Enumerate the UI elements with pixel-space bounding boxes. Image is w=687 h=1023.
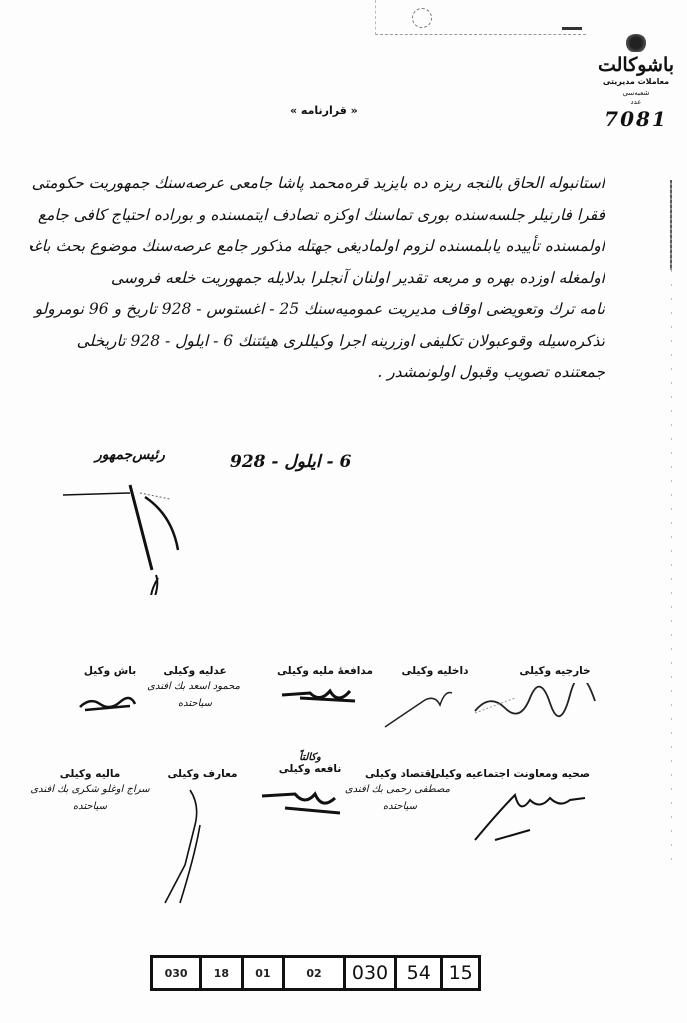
- letterhead-title: باشوكالت: [588, 54, 684, 76]
- minister-title: عدلیه وكیلی: [150, 665, 240, 677]
- minister-name: سراج اوغلو شكری بك افندی: [20, 784, 160, 795]
- minister-title: معارف وكیلی: [165, 768, 240, 780]
- body-line: استانبوله الحاق بالنجه ریزه ده بایزید قر…: [30, 168, 605, 200]
- minister-economy: اقتصاد وكیلی مصطفی رحمی بك افندی سیاحتده: [350, 768, 450, 812]
- minister-health: صحیه ومعاونت اجتماعیه وكیلی: [465, 768, 590, 780]
- archive-code: 030: [346, 958, 397, 988]
- archive-reference-strip: 030 18 01 02 030 54 15: [150, 955, 481, 991]
- decree-body: استانبوله الحاق بالنجه ریزه ده بایزید قر…: [30, 168, 605, 389]
- minister-title: مدافعهٔ ملیه وكیلی: [270, 665, 380, 677]
- body-line: تذكره‌سیله وقوعبولان تكلیفی اوزرینه اجرا…: [30, 326, 605, 358]
- document-number: 7081: [588, 107, 684, 131]
- minister-finance: مالیه وكیلی سراج اوغلو شكری بك افندی سیا…: [20, 768, 160, 812]
- president-signature-icon: [60, 475, 200, 595]
- president-label: رئیس‌جمهور: [95, 447, 165, 463]
- minister-title: اقتصاد وكیلی: [350, 768, 450, 780]
- archive-code: 01: [244, 958, 286, 988]
- number-label: عدد: [588, 98, 684, 107]
- minister-status: سیاحتده: [350, 801, 450, 812]
- archive-code: 18: [202, 958, 244, 988]
- letterhead: باشوكالت معاملات مدیریتی شعبه‌سی عدد 708…: [588, 34, 684, 131]
- deputy-note: وكالتاً: [270, 752, 350, 763]
- letterhead-subtitle: معاملات مدیریتی: [588, 76, 684, 88]
- foreign-minister-signature-icon: [470, 683, 600, 718]
- body-line: جمعتنده تصویب وقبول اولونمشدر .: [30, 357, 605, 389]
- archive-code: 15: [443, 958, 478, 988]
- education-minister-signature-icon: [155, 785, 215, 905]
- binding-edge: [670, 180, 672, 270]
- received-stamp: [375, 0, 586, 35]
- minister-title: نافعه وكیلی: [270, 763, 350, 775]
- archive-code: 54: [397, 958, 443, 988]
- minister-title: خارجیه وكیلی: [505, 665, 605, 677]
- public-works-minister-signature-icon: [260, 788, 345, 823]
- minister-name: مصطفی رحمی بك افندی: [350, 784, 450, 795]
- decree-date: 6 - ایلول - 928: [230, 452, 351, 472]
- minister-status: سیاحتده: [20, 801, 160, 812]
- minister-status: سیاحتده: [150, 698, 240, 709]
- minister-justice: عدلیه وكیلی محمود اسعد بك افندی سیاحتده: [150, 665, 240, 709]
- minister-name: محمود اسعد بك افندی: [150, 681, 240, 692]
- stamp-circle-icon: [412, 8, 432, 28]
- minister-title: داخلیه وكیلی: [395, 665, 475, 677]
- letterhead-department: شعبه‌سی: [588, 88, 684, 98]
- tughra-emblem-icon: [625, 34, 647, 52]
- minister-foreign-affairs: خارجیه وكیلی: [505, 665, 605, 677]
- interior-minister-signature-icon: [380, 685, 460, 730]
- minister-title: باش وكیل: [75, 665, 145, 677]
- body-line: فقرا فارنیلر جلسه‌سنده بوری تماسنك اوكزه…: [30, 200, 605, 232]
- defense-minister-signature-icon: [280, 683, 360, 713]
- prime-minister-signature-icon: [75, 692, 145, 717]
- archive-code: 02: [285, 958, 346, 988]
- minister-education: معارف وكیلی: [165, 768, 240, 780]
- minister-defense: مدافعهٔ ملیه وكیلی: [270, 665, 380, 677]
- archive-code: 030: [153, 958, 202, 988]
- document-page: باشوكالت معاملات مدیریتی شعبه‌سی عدد 708…: [0, 0, 687, 1023]
- body-line: اولمغله اوزده بهره و مربعه تقدیر اولنان …: [30, 263, 605, 295]
- health-minister-signature-icon: [470, 790, 590, 845]
- prime-minister: باش وكیل: [75, 665, 145, 677]
- body-line: نامه ترك وتعویضی اوقاف مدیریت عمومیه‌سنك…: [30, 294, 605, 326]
- minister-title: صحیه ومعاونت اجتماعیه وكیلی: [465, 768, 590, 780]
- stamp-mark: [562, 27, 582, 30]
- binding-holes: [671, 270, 672, 870]
- body-line: اولمسنده تأییده یابلمسنده لزوم اولمادیغی…: [30, 231, 605, 263]
- minister-interior: داخلیه وكیلی: [395, 665, 475, 677]
- document-title: « قرارنامه »: [290, 104, 358, 117]
- minister-public-works: وكالتاً نافعه وكیلی: [270, 752, 350, 775]
- minister-title: مالیه وكیلی: [20, 768, 160, 780]
